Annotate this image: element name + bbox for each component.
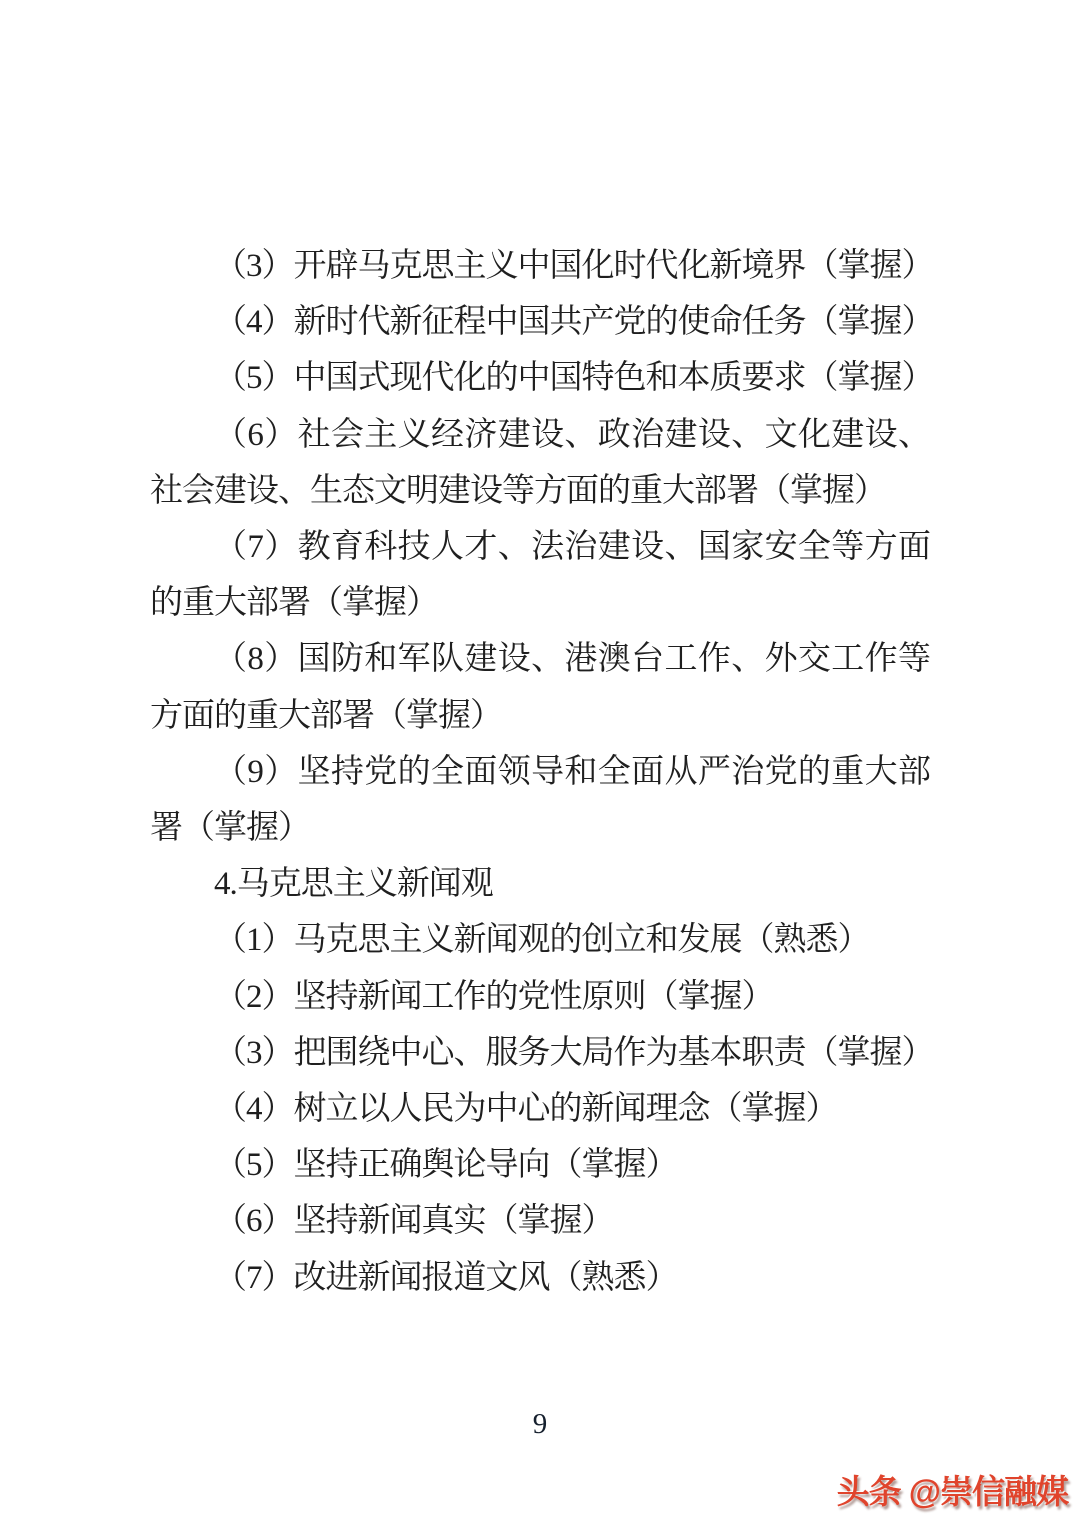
list-item: （1）马克思主义新闻观的创立和发展（熟悉） bbox=[150, 912, 930, 968]
text-line: 的重大部署（掌握） bbox=[150, 575, 930, 631]
list-item: （3）把围绕中心、服务大局作为基本职责（掌握） bbox=[150, 1025, 930, 1081]
text-line: （7）教育科技人才、法治建设、国家安全等方面 bbox=[150, 519, 930, 575]
text-line: 4.马克思主义新闻观 bbox=[150, 856, 930, 912]
text-line: 社会建设、生态文明建设等方面的重大部署（掌握） bbox=[150, 463, 930, 519]
document-body: （3）开辟马克思主义中国化时代化新境界（掌握）（4）新时代新征程中国共产党的使命… bbox=[150, 238, 930, 1306]
list-item: （6）社会主义经济建设、政治建设、文化建设、社会建设、生态文明建设等方面的重大部… bbox=[150, 407, 930, 519]
text-line: （5）中国式现代化的中国特色和本质要求（掌握） bbox=[150, 350, 930, 406]
text-line: （9）坚持党的全面领导和全面从严治党的重大部 bbox=[150, 744, 930, 800]
list-item: （7）教育科技人才、法治建设、国家安全等方面的重大部署（掌握） bbox=[150, 519, 930, 631]
list-item: （5）坚持正确舆论导向（掌握） bbox=[150, 1137, 930, 1193]
text-line: （1）马克思主义新闻观的创立和发展（熟悉） bbox=[150, 912, 930, 968]
text-line: （4）树立以人民为中心的新闻理念（掌握） bbox=[150, 1081, 930, 1137]
list-item: （3）开辟马克思主义中国化时代化新境界（掌握） bbox=[150, 238, 930, 294]
document-page: （3）开辟马克思主义中国化时代化新境界（掌握）（4）新时代新征程中国共产党的使命… bbox=[0, 0, 1080, 1526]
text-line: （3）开辟马克思主义中国化时代化新境界（掌握） bbox=[150, 238, 930, 294]
text-line: 方面的重大部署（掌握） bbox=[150, 688, 930, 744]
text-line: （2）坚持新闻工作的党性原则（掌握） bbox=[150, 969, 930, 1025]
list-item: （8）国防和军队建设、港澳台工作、外交工作等方面的重大部署（掌握） bbox=[150, 631, 930, 743]
list-item: （7）改进新闻报道文风（熟悉） bbox=[150, 1250, 930, 1306]
text-line: （7）改进新闻报道文风（熟悉） bbox=[150, 1250, 930, 1306]
watermark: 头条 @崇信融媒 bbox=[837, 1466, 1068, 1513]
text-line: （4）新时代新征程中国共产党的使命任务（掌握） bbox=[150, 294, 930, 350]
text-line: （3）把围绕中心、服务大局作为基本职责（掌握） bbox=[150, 1025, 930, 1081]
page-number: 9 bbox=[0, 1408, 1080, 1441]
text-line: （5）坚持正确舆论导向（掌握） bbox=[150, 1137, 930, 1193]
list-item: （2）坚持新闻工作的党性原则（掌握） bbox=[150, 969, 930, 1025]
text-line: 署（掌握） bbox=[150, 800, 930, 856]
list-item: （5）中国式现代化的中国特色和本质要求（掌握） bbox=[150, 350, 930, 406]
section-heading: 4.马克思主义新闻观 bbox=[150, 856, 930, 912]
text-line: （6）坚持新闻真实（掌握） bbox=[150, 1193, 930, 1249]
list-item: （4）树立以人民为中心的新闻理念（掌握） bbox=[150, 1081, 930, 1137]
list-item: （4）新时代新征程中国共产党的使命任务（掌握） bbox=[150, 294, 930, 350]
text-line: （8）国防和军队建设、港澳台工作、外交工作等 bbox=[150, 631, 930, 687]
list-item: （6）坚持新闻真实（掌握） bbox=[150, 1193, 930, 1249]
text-line: （6）社会主义经济建设、政治建设、文化建设、 bbox=[150, 407, 930, 463]
list-item: （9）坚持党的全面领导和全面从严治党的重大部署（掌握） bbox=[150, 744, 930, 856]
